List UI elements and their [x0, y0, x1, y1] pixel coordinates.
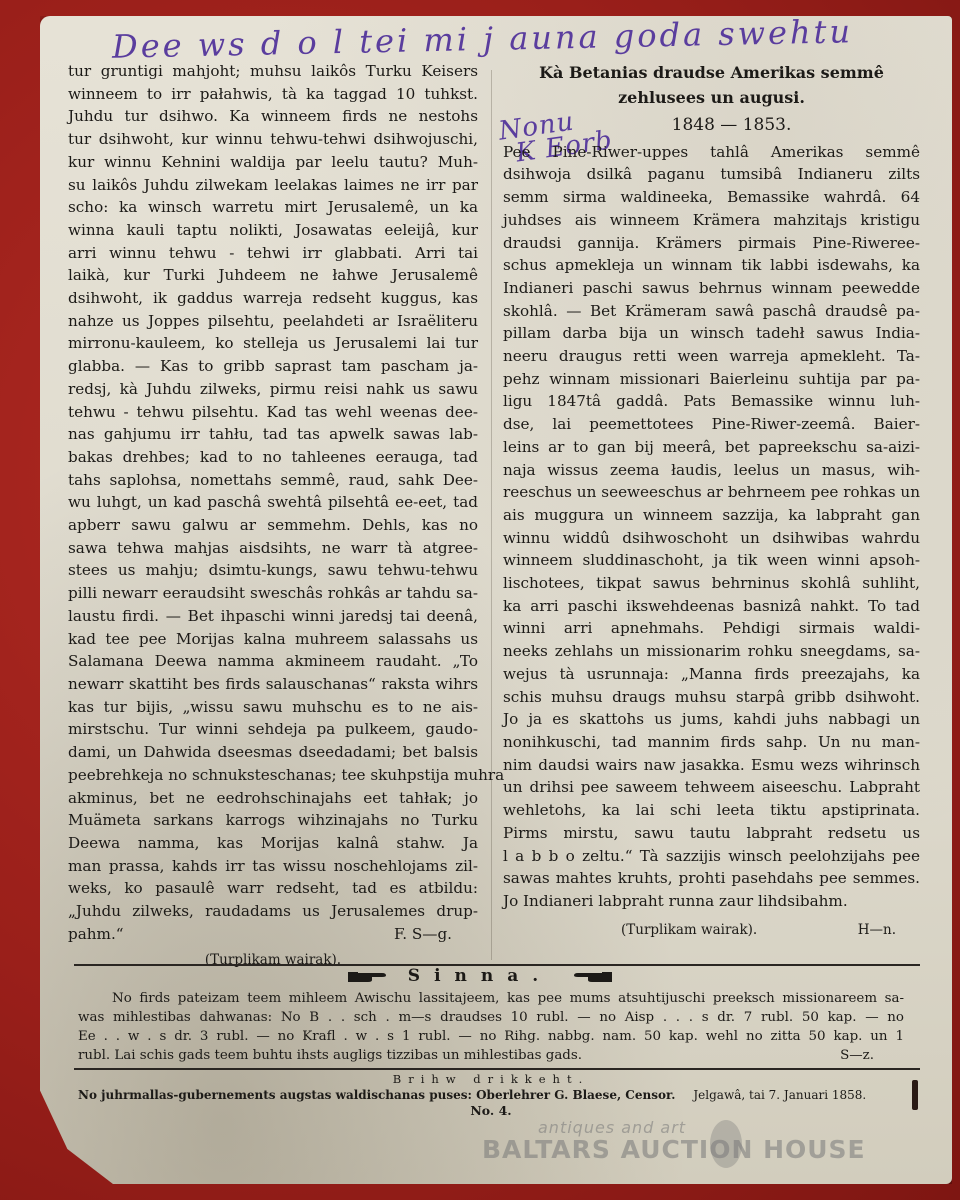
article-line: winnu widdû dsihwoschoht un dsihwibas wa…: [503, 527, 920, 550]
article-line: reeschus un seeweeschus ar behrneem pee …: [503, 481, 920, 504]
article-line: un drihsi pee saweem tehweem aiseeschu. …: [503, 776, 920, 799]
right-article-body: Pee Pine-Riwer-uppes tahlâ Amerikas semm…: [503, 141, 920, 890]
article-title: Kà Betanias draudse Amerikas semmê zehlu…: [503, 60, 920, 110]
article-line: nim daudsi wairs naw jasakka. Esmu wezs …: [503, 754, 920, 777]
column-divider: [491, 70, 492, 960]
notice-line: No firds pateizam teem mihleem Awischu l…: [78, 989, 904, 1008]
crown-logo-icon: [710, 1120, 742, 1168]
article-title-line-1: Kà Betanias draudse Amerikas semmê: [503, 60, 920, 85]
article-line: glabba. — Kas to gribb saprast tam pasch…: [68, 355, 478, 378]
notice-closing-text: rubl. Lai schis gads teem buhtu ihsts au…: [78, 1046, 582, 1065]
article-line: bakas drehbes; kad to no tahleenes eerau…: [68, 446, 478, 469]
article-line: laustu firdi. — Bet ihpaschi winni jared…: [68, 605, 478, 628]
article-line: su laikôs Juhdu zilwekam leelakas laimes…: [68, 174, 478, 197]
article-line: ka arri paschi ikswehdeenas basnizâ nahk…: [503, 595, 920, 618]
notice-line: was mihlestibas dahwanas: No B . . sch .…: [78, 1008, 904, 1027]
section-rule-bottom: [74, 1068, 920, 1070]
article-line: semm sirma waldineeka, Bemassike wahrdâ.…: [503, 186, 920, 209]
article-line: Salamana Deewa namma akmineem raudaht. „…: [68, 650, 478, 673]
article-line: wejus tà usrunnaja: „Manna firds preezaj…: [503, 663, 920, 686]
article-line: skohlâ. — Bet Krämeram sawâ paschâ draud…: [503, 300, 920, 323]
article-line: tehwu - tehwu pilsehtu. Kad tas wehl wee…: [68, 401, 478, 424]
article-title-line-2: zehlusees un augusi.: [503, 85, 920, 110]
notice-body: No firds pateizam teem mihleem Awischu l…: [78, 989, 904, 1065]
censor-statement: No juhrmallas-gubernements augstas waldi…: [78, 1087, 675, 1103]
print-permission: Brihw drikkeht.: [78, 1071, 904, 1087]
article-line: mirronu-kauleem, ko stelleja us Jerusale…: [68, 332, 478, 355]
issue-number: No. 4.: [78, 1103, 904, 1119]
article-line: tur dsihwoht, kur winnu tehwu-tehwi dsih…: [68, 128, 478, 151]
imprint-footer: Brihw drikkeht. No juhrmallas-gubernemen…: [78, 1071, 904, 1119]
article-line: Pee Pine-Riwer-uppes tahlâ Amerikas semm…: [503, 141, 920, 164]
article-line: dsihwoja dsilkâ paganu tumsibâ Indianeru…: [503, 163, 920, 186]
article-line: Muämeta sarkans karrogs wihzinajahs no T…: [68, 809, 478, 832]
article-line: neeru draugus retti ween warreja apmekle…: [503, 345, 920, 368]
article-line: ais muggura un winneem sazzija, ka labpr…: [503, 504, 920, 527]
article-line: Pirms mirstu, sawu tautu labpraht redset…: [503, 822, 920, 845]
article-line: man prassa, kahds irr tas wissu noschehl…: [68, 855, 478, 878]
auction-watermark: antiques and art BALTARS AUCTION HOUSE: [482, 1120, 866, 1164]
article-line: winna kauli taptu nolikti, Josawatas eel…: [68, 219, 478, 242]
article-line: mirstschu. Tur winni sehdeja pa pulkeem,…: [68, 718, 478, 741]
watermark-brand: BALTARS AUCTION HOUSE: [482, 1136, 866, 1164]
right-column-article: Kà Betanias draudse Amerikas semmê zehlu…: [503, 60, 920, 941]
censor-line: No juhrmallas-gubernements augstas waldi…: [78, 1087, 904, 1103]
article-line: laikà, kur Turki Juhdeem ne łahwe Jerusa…: [68, 264, 478, 287]
article-line: lischotees, tikpat sawus behrninus skohl…: [503, 572, 920, 595]
article-line: dsihwoht, ik gaddus warreja redseht kugg…: [68, 287, 478, 310]
article-line: akminus, bet ne eedrohschinajahs eet tah…: [68, 787, 478, 810]
left-article-last-line: pahm.“: [68, 923, 124, 946]
article-line: nahze us Joppes pilsehtu, peelahdeti ar …: [68, 310, 478, 333]
article-line: nas gahjumu irr tahłu, tad tas apwelk sa…: [68, 423, 478, 446]
notice-heading: Sinna.: [0, 966, 960, 986]
article-line: leins ar to gan bij meerâ, bet papreeksc…: [503, 436, 920, 459]
article-years: 1848 — 1853.: [543, 114, 920, 137]
article-line: nonihkuschi, tad mannim firds sahp. Un n…: [503, 731, 920, 754]
article-line: pehz winnam missionari Baierleinu suhtij…: [503, 368, 920, 391]
article-line: sawa tehwa mahjas aisdsihts, ne warr tà …: [68, 537, 478, 560]
article-line: newarr skattiht bes firds salauschanas“ …: [68, 673, 478, 696]
left-column-article: tur gruntigi mahjoht; muhsu laikôs Turku…: [68, 60, 478, 972]
article-line: schus apmekleja un winnam tik labbi isde…: [503, 254, 920, 277]
article-line: dami, un Dahwida dseesmas dseedadami; be…: [68, 741, 478, 764]
watermark-tagline: antiques and art: [538, 1120, 866, 1136]
article-line: l a b b o zeltu.“ Tà sazzijis winsch pee…: [503, 845, 920, 868]
article-line: Jo ja es skattohs us jums, kahdi juhs na…: [503, 708, 920, 731]
article-line: apberr sawu galwu ar semmehm. Dehls, kas…: [68, 514, 478, 537]
article-line: juhdses ais winneem Krämera mahzitajs kr…: [503, 209, 920, 232]
article-line: schis muhsu draugs muhsu starpâ gribb ds…: [503, 686, 920, 709]
article-line: peebrehkeja no schnuksteschanas; tee sku…: [68, 764, 478, 787]
article-line: kad tee pee Morijas kalna muhreem salass…: [68, 628, 478, 651]
notice-title: Sinna.: [408, 966, 552, 986]
left-article-signature: F. S—g.: [394, 923, 478, 946]
pointing-hand-right-icon: [348, 970, 388, 984]
article-line: arri winnu tehwu - tehwi irr glabbati. A…: [68, 242, 478, 265]
right-article-signature: H—n.: [858, 919, 896, 942]
paper-tear-mark: [912, 1080, 918, 1110]
article-line: tahs saplohsa, nomettahs semmê, raud, sa…: [68, 469, 478, 492]
article-line: naja wissus zeema łaudis, leelus un masu…: [503, 459, 920, 482]
article-line: kas tur bijis, „wissu sawu muhschu es to…: [68, 696, 478, 719]
article-line: wehletohs, ka lai schi leeta tiktu apsti…: [503, 799, 920, 822]
article-line: Juhdu tur dsihwo. Ka winneem firds ne ne…: [68, 105, 478, 128]
article-line: draudsi gannija. Krämers pirmais Pine-Ri…: [503, 232, 920, 255]
article-line: winneem to irr pałahwis, tà ka taggad 10…: [68, 83, 478, 106]
article-line: wu luhgt, un kad paschâ swehtâ pilsehtâ …: [68, 491, 478, 514]
notice-last-line: rubl. Lai schis gads teem buhtu ihsts au…: [78, 1046, 904, 1065]
article-line: stees us mahju; dsimtu-kungs, sawu tehwu…: [68, 559, 478, 582]
article-line: redsj, kà Juhdu zilweks, pirmu reisi nah…: [68, 378, 478, 401]
article-line: weks, ko pasaulê warr redseht, tad es at…: [68, 877, 478, 900]
article-line: winni arri apnehmahs. Pehdigi sirmais wa…: [503, 617, 920, 640]
article-line: kur winnu Kehnini waldija par leelu taut…: [68, 151, 478, 174]
pointing-hand-left-icon: [572, 970, 612, 984]
article-line: pilli newarr eeraudsiht sweschâs rohkâs …: [68, 582, 478, 605]
right-article-last-line: Jo Indianeri labpraht runna zaur lihdsib…: [503, 890, 920, 913]
article-line: Indianeri paschi sawus behrnus winnam pe…: [503, 277, 920, 300]
article-line: scho: ka winsch warretu mirt Jerusalemê,…: [68, 196, 478, 219]
article-line: tur gruntigi mahjoht; muhsu laikôs Turku…: [68, 60, 478, 83]
article-line: sawas mahtes kruhts, prohti pasehdahs pe…: [503, 867, 920, 890]
right-continued-row: (Turplikam wairak). H—n.: [503, 919, 920, 942]
article-line: „Juhdu zilweks, raudadams us Jerusalemes…: [68, 900, 478, 923]
article-line: Deewa namma, kas Morijas kalnâ stahw. Ja: [68, 832, 478, 855]
left-article-body: tur gruntigi mahjoht; muhsu laikôs Turku…: [68, 60, 478, 923]
article-line: dse, lai peemettotees Pine-Riwer-zeemâ. …: [503, 413, 920, 436]
article-line: winneem sluddinaschoht, ja tik ween winn…: [503, 549, 920, 572]
left-signature-row: pahm.“ F. S—g.: [68, 923, 478, 946]
article-line: ligu 1847tâ gaddâ. Pats Bemassike winnu …: [503, 390, 920, 413]
article-line: neeks zehlahs un missionarim rohku sneeg…: [503, 640, 920, 663]
notice-signature: S—z.: [840, 1046, 904, 1065]
right-continued-note: (Turplikam wairak).: [621, 919, 757, 942]
article-line: pillam darba bija un winsch tadehł sawus…: [503, 322, 920, 345]
notice-line: Ee . . w . s dr. 3 rubl. — no Krafl . w …: [78, 1027, 904, 1046]
place-date: Jelgawâ, tai 7. Januari 1858.: [693, 1087, 866, 1103]
